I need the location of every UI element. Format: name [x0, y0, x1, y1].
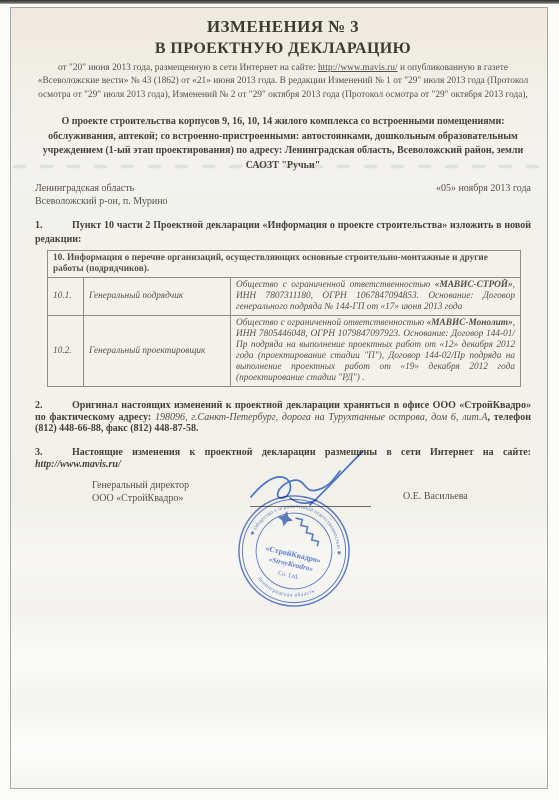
subtitle-text-pre: от "20" июня 2013 года, размещенную в се… — [58, 63, 318, 73]
table-row: 10.2. Генеральный проектировщик Общество… — [48, 316, 521, 387]
scanned-document-page: { "doc": { "title1": "ИЗМЕНЕНИЯ № 3", "t… — [0, 0, 559, 800]
document-content: ИЗМЕНЕНИЯ № 3 В ПРОЕКТНУЮ ДЕКЛАРАЦИЮ от … — [11, 8, 547, 470]
row-label: Генеральный подрядчик — [84, 278, 231, 316]
signature-ink-graphic — [246, 448, 380, 514]
row-number: 10.1. — [48, 278, 84, 316]
clause-1-number: 1. — [35, 219, 72, 233]
row-label: Генеральный проектировщик — [84, 316, 231, 387]
document-date: «05» ноября 2013 года — [436, 182, 531, 195]
row-number: 10.2. — [48, 316, 84, 387]
signature-stroke-tail — [290, 498, 316, 503]
clause-3-number: 3. — [35, 447, 72, 459]
svg-text:Ленинградская область: Ленинградская область — [253, 575, 317, 604]
place-date-row: Ленинградская область Всеволожский р-он,… — [35, 182, 531, 208]
office-address: 198096, г.Санкт-Петербург, дорога на Тур… — [155, 412, 488, 423]
signature-stroke-flourish — [310, 451, 363, 505]
contractors-table: 10. Информация о перечне организаций, ос… — [47, 250, 521, 387]
clause-1-text: Пункт 10 части 2 Проектной декларации «И… — [35, 220, 531, 245]
company-name: «МАВИС-Монолит» — [427, 318, 513, 328]
place-line1: Ленинградская область — [35, 182, 168, 195]
table-row: 10.1. Генеральный подрядчик Общество с о… — [48, 278, 521, 316]
document-title-line1: ИЗМЕНЕНИЯ № 3 — [35, 17, 531, 37]
row-value-intro: Общество с ограниченной ответственностью — [236, 318, 427, 328]
signer-role-line1: Генеральный директор — [92, 479, 189, 492]
stamp-arc-bottom-text: Ленинградская область — [253, 575, 317, 604]
document-subtitle: от "20" июня 2013 года, размещенную в се… — [35, 62, 531, 102]
place-line2: Всеволожский р-он, п. Мурино — [35, 195, 168, 208]
document-sheet: ИЗМЕНЕНИЯ № 3 В ПРОЕКТНУЮ ДЕКЛАРАЦИЮ от … — [10, 7, 548, 789]
row-value: Общество с ограниченной ответственностью… — [231, 278, 521, 316]
company-name: «МАВИС-СТРОЙ» — [435, 280, 513, 290]
clause-2-number: 2. — [35, 400, 72, 412]
signer-role: Генеральный директор ООО «СтройКвадро» — [92, 479, 189, 505]
row-value-intro: Общество с ограниченной ответственностью — [236, 280, 435, 290]
project-description: О проекте строительства корпусов 9, 16, … — [35, 115, 531, 173]
table-header-cell: 10. Информация о перечне организаций, ос… — [48, 251, 521, 278]
table-header-row: 10. Информация о перечне организаций, ос… — [48, 251, 521, 278]
stamp-stairs-icon — [290, 518, 322, 546]
clause-1: 1.Пункт 10 части 2 Проектной декларации … — [35, 219, 531, 247]
signature-stroke-main — [251, 471, 340, 498]
row-value: Общество с ограниченной ответственностью… — [231, 316, 521, 387]
scan-edge-artifact — [0, 0, 559, 4]
signer-name: О.Е. Васильева — [403, 491, 468, 502]
url-link: http://www.mavis.ru/ — [35, 459, 121, 470]
stamp-company-suffix: Co. Ltd. — [277, 570, 300, 582]
place-block: Ленинградская область Всеволожский р-он,… — [35, 182, 168, 208]
document-title-line2: В ПРОЕКТНУЮ ДЕКЛАРАЦИЮ — [35, 39, 531, 58]
clause-2: 2.Оригинал настоящих изменений к проектн… — [35, 400, 531, 435]
signer-role-line2: ООО «СтройКвадро» — [92, 492, 189, 505]
url-link: http://www.mavis.ru/ — [318, 63, 398, 73]
signature-ink — [246, 448, 380, 514]
